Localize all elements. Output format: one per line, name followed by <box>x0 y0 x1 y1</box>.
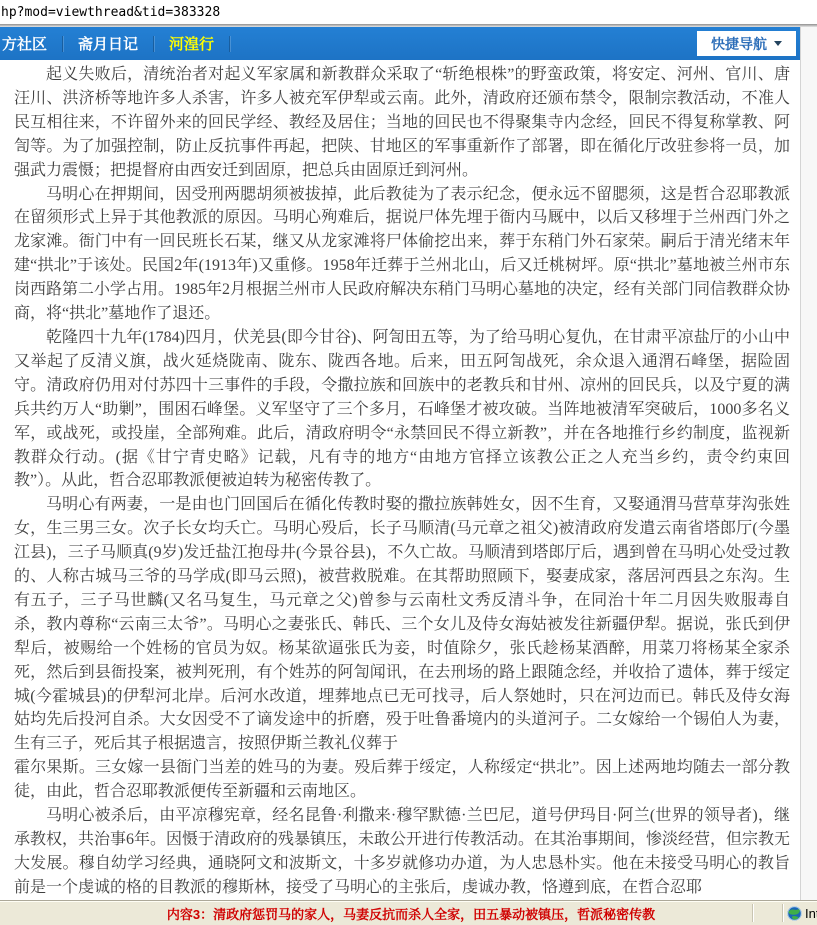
thread-paragraph: 乾隆四十九年(1784)四月，伏羌县(即今甘谷)、阿訇田五等，为了给马明心复仇，… <box>14 326 790 493</box>
thread-paragraph: 起义失败后，清统治者对起义军家属和新教群众采取了“斩绝根株”的野蛮政策，将安定、… <box>14 63 790 183</box>
nav-tab-3[interactable]: 河湟行 <box>154 27 229 60</box>
tab-separator <box>229 36 230 52</box>
zone-label: Int <box>805 906 817 921</box>
status-bar: 内容3：清政府惩罚马的家人，马妻反抗而杀人全家，田五暴动被镇压，哲派秘密传教 I… <box>0 900 817 925</box>
thread-paragraph: 马明心在押期间，因受刑两腮胡须被拔掉，此后教徒为了表示纪念，便永远不留腮须，这是… <box>14 183 790 326</box>
thread-paragraph: 马明心有两妻，一是由也门回国后在循化传教时娶的撒拉族韩姓女，因不生育，又娶通渭马… <box>14 493 790 804</box>
address-bar[interactable]: hp?mod=viewthread&tid=383328 <box>0 0 817 24</box>
chevron-down-icon <box>774 41 782 46</box>
nav-tab-2[interactable]: 斋月日记 <box>63 27 153 60</box>
thread-paragraph: 马明心被杀后，由平凉穆宪章，经名昆鲁·利撒来·穆罕默德·兰巴尼，道号伊玛目·阿兰… <box>14 804 790 900</box>
statusbar-pane <box>754 901 782 925</box>
status-message: 内容3：清政府惩罚马的家人，马妻反抗而杀人全家，田五暴动被镇压，哲派秘密传教 <box>167 904 655 923</box>
browser-window: hp?mod=viewthread&tid=383328 方社区斋月日记河湟行 … <box>0 0 817 925</box>
security-zone-pane: Int <box>784 901 817 925</box>
forum-navbar: 方社区斋月日记河湟行 快捷导航 <box>0 27 800 60</box>
url-text: hp?mod=viewthread&tid=383328 <box>1 5 220 20</box>
globe-icon <box>787 906 802 921</box>
quick-nav-label: 快捷导航 <box>711 34 767 54</box>
scrollbar[interactable] <box>800 27 817 900</box>
status-message-pane: 内容3：清政府惩罚马的家人，马妻反抗而杀人全家，田五暴动被镇压，哲派秘密传教 <box>0 901 752 925</box>
quick-nav-button[interactable]: 快捷导航 <box>697 31 796 56</box>
nav-tabs: 方社区斋月日记河湟行 <box>0 27 230 60</box>
thread-content: 起义失败后，清统治者对起义军家属和新教群众采取了“斩绝根株”的野蛮政策，将安定、… <box>0 60 800 900</box>
nav-tab-1[interactable]: 方社区 <box>0 27 62 60</box>
